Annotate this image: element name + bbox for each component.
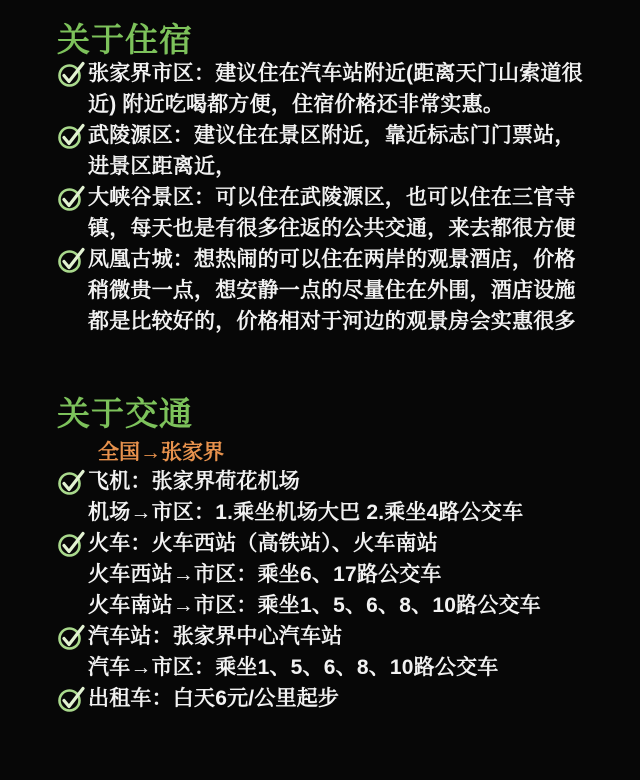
- transport-item-1: 飞机：张家界荷花机场机场→市区：1.乘坐机场大巴 2.乘坐4路公交车: [57, 466, 640, 528]
- item-line-first: 汽车站：张家界中心汽车站: [57, 621, 640, 652]
- item-line-continuation: 稍微贵一点，想安静一点的尽量住在外围，酒店设施: [57, 275, 640, 306]
- item-line-first: 张家界市区：建议住在汽车站附近(距离天门山索道很: [57, 58, 640, 89]
- item-line-text: 近) 附近吃喝都方便，住宿价格还非常实惠。: [88, 93, 504, 116]
- check-circle-icon: [57, 530, 85, 558]
- item-line-continuation: 都是比较好的，价格相对于河边的观景房会实惠很多: [57, 306, 640, 337]
- item-line-first: 武陵源区：建议住在景区附近，靠近标志门门票站，: [57, 120, 640, 151]
- item-line-text: 都是比较好的，价格相对于河边的观景房会实惠很多: [88, 310, 576, 333]
- check-circle-icon: [57, 685, 85, 713]
- item-line-continuation: 镇，每天也是有很多往返的公共交通，来去都很方便: [57, 213, 640, 244]
- item-line-text: 进景区距离近，: [88, 155, 236, 178]
- transport-list: 飞机：张家界荷花机场机场→市区：1.乘坐机场大巴 2.乘坐4路公交车 火车：火车…: [57, 466, 640, 714]
- item-line-continuation: 汽车→市区：乘坐1、5、6、8、10路公交车: [57, 652, 640, 683]
- check-circle-icon: [57, 184, 85, 212]
- item-line-continuation: 火车西站→市区：乘坐6、17路公交车: [57, 559, 640, 590]
- check-circle-icon: [57, 623, 85, 651]
- page-content: 关于住宿 张家界市区：建议住在汽车站附近(距离天门山索道很近) 附近吃喝都方便，…: [57, 0, 640, 714]
- transport-item-2: 火车：火车西站（高铁站）、火车南站火车西站→市区：乘坐6、17路公交车火车南站→…: [57, 528, 640, 621]
- accommodation-list: 张家界市区：建议住在汽车站附近(距离天门山索道很近) 附近吃喝都方便，住宿价格还…: [57, 58, 640, 337]
- check-circle-icon: [57, 122, 85, 150]
- check-circle-icon: [57, 60, 85, 88]
- item-line-text: 大峡谷景区：可以住在武陵源区，也可以住在三官寺: [88, 186, 576, 209]
- transport-item-3: 汽车站：张家界中心汽车站汽车→市区：乘坐1、5、6、8、10路公交车: [57, 621, 640, 683]
- transport-route-subtitle: 全国→张家界: [98, 440, 640, 466]
- travel-guide-page: 关于住宿 张家界市区：建议住在汽车站附近(距离天门山索道很近) 附近吃喝都方便，…: [0, 0, 640, 780]
- item-line-text: 张家界市区：建议住在汽车站附近(距离天门山索道很: [88, 62, 583, 85]
- transport-item-4: 出租车：白天6元/公里起步: [57, 683, 640, 714]
- item-line-first: 飞机：张家界荷花机场: [57, 466, 640, 497]
- check-circle-icon: [57, 468, 85, 496]
- item-line-text: 出租车：白天6元/公里起步: [88, 687, 339, 710]
- item-line-continuation: 近) 附近吃喝都方便，住宿价格还非常实惠。: [57, 89, 640, 120]
- item-line-text: 凤凰古城：想热闹的可以住在两岸的观景酒店，价格: [88, 248, 576, 271]
- item-line-first: 火车：火车西站（高铁站）、火车南站: [57, 528, 640, 559]
- item-line-first: 凤凰古城：想热闹的可以住在两岸的观景酒店，价格: [57, 244, 640, 275]
- section-title-accommodation: 关于住宿: [57, 0, 640, 58]
- accommodation-item-2: 武陵源区：建议住在景区附近，靠近标志门门票站，进景区距离近，: [57, 120, 640, 182]
- accommodation-item-3: 大峡谷景区：可以住在武陵源区，也可以住在三官寺镇，每天也是有很多往返的公共交通，…: [57, 182, 640, 244]
- item-line-text: 火车南站→市区：乘坐1、5、6、8、10路公交车: [88, 594, 541, 617]
- item-line-text: 汽车→市区：乘坐1、5、6、8、10路公交车: [88, 656, 498, 679]
- item-line-first: 出租车：白天6元/公里起步: [57, 683, 640, 714]
- accommodation-item-1: 张家界市区：建议住在汽车站附近(距离天门山索道很近) 附近吃喝都方便，住宿价格还…: [57, 58, 640, 120]
- item-line-continuation: 机场→市区：1.乘坐机场大巴 2.乘坐4路公交车: [57, 497, 640, 528]
- item-line-text: 稍微贵一点，想安静一点的尽量住在外围，酒店设施: [88, 279, 576, 302]
- item-line-text: 武陵源区：建议住在景区附近，靠近标志门门票站，: [88, 124, 576, 147]
- item-line-first: 大峡谷景区：可以住在武陵源区，也可以住在三官寺: [57, 182, 640, 213]
- item-line-text: 火车西站→市区：乘坐6、17路公交车: [88, 563, 442, 586]
- check-circle-icon: [57, 246, 85, 274]
- item-line-text: 火车：火车西站（高铁站）、火车南站: [88, 532, 438, 555]
- item-line-text: 镇，每天也是有很多往返的公共交通，来去都很方便: [88, 217, 576, 240]
- item-line-text: 飞机：张家界荷花机场: [88, 470, 300, 493]
- item-line-text: 汽车站：张家界中心汽车站: [88, 625, 342, 648]
- item-line-text: 机场→市区：1.乘坐机场大巴 2.乘坐4路公交车: [88, 501, 523, 524]
- item-line-continuation: 火车南站→市区：乘坐1、5、6、8、10路公交车: [57, 590, 640, 621]
- item-line-continuation: 进景区距离近，: [57, 151, 640, 182]
- accommodation-item-4: 凤凰古城：想热闹的可以住在两岸的观景酒店，价格稍微贵一点，想安静一点的尽量住在外…: [57, 244, 640, 337]
- section-title-transport: 关于交通: [57, 396, 640, 432]
